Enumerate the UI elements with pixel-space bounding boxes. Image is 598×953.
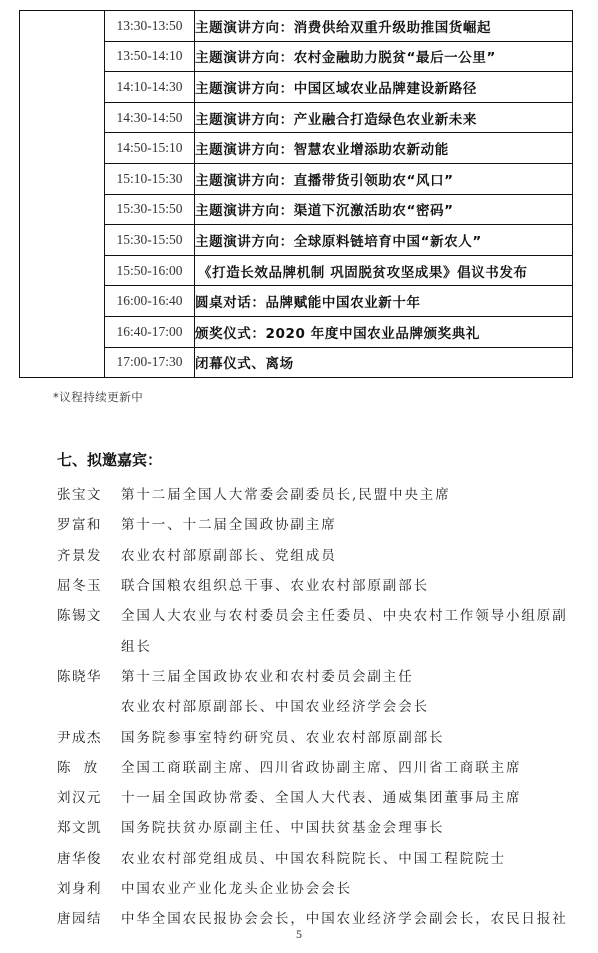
guest-item: 刘身利 中国农业产业化龙头企业协会会长 (57, 872, 577, 902)
guest-item: 唐华俊 农业农村部党组成员、中国农科院院长、中国工程院院士 (57, 842, 577, 872)
agenda-time: 14:10-14:30 (105, 72, 195, 103)
guest-title: 农业农村部党组成员、中国农科院院长、中国工程院院士 (121, 847, 506, 867)
guest-name: 刘身利 (57, 877, 121, 897)
guest-title: 联合国粮农组织总干事、农业农村部原副部长 (121, 574, 429, 594)
agenda-update-note: *议程持续更新中 (53, 389, 143, 405)
agenda-session-cell (20, 11, 105, 378)
agenda-topic: 主题演讲方向：全球原料链培育中国“新农人” (195, 225, 573, 256)
agenda-time: 15:50-16:00 (105, 255, 195, 286)
page-number: 5 (0, 927, 598, 942)
guest-list: 张宝文 第十二届全国人大常委会副委员长,民盟中央主席 罗富和 第十一、十二届全国… (57, 478, 577, 932)
guest-title: 第十二届全国人大常委会副委员长,民盟中央主席 (121, 483, 451, 503)
agenda-table: 13:30-13:50 主题演讲方向：消费供给双重升级助推国货崛起 13:50-… (19, 10, 573, 378)
guest-title-continuation: 农业农村部原副部长、中国农业经济学会会长 (121, 695, 429, 715)
agenda-topic: 闭幕仪式、离场 (195, 347, 573, 378)
guest-name: 罗富和 (57, 513, 121, 533)
agenda-time: 13:30-13:50 (105, 11, 195, 42)
guest-item: 陈晓华 第十三届全国政协农业和农村委员会副主任 农业农村部原副部长、中国农业经济… (57, 660, 577, 721)
guest-name: 郑文凯 (57, 816, 121, 836)
guest-name: 陈锡文 (57, 604, 121, 624)
agenda-time: 14:30-14:50 (105, 102, 195, 133)
agenda-time: 14:50-15:10 (105, 133, 195, 164)
guest-name: 尹成杰 (57, 726, 121, 746)
guest-title: 第十一、十二届全国政协副主席 (121, 513, 337, 533)
agenda-topic: 主题演讲方向：农村金融助力脱贫“最后一公里” (195, 41, 573, 72)
agenda-topic: 圆桌对话：品牌赋能中国农业新十年 (195, 286, 573, 317)
agenda-topic: 主题演讲方向：产业融合打造绿色农业新未来 (195, 102, 573, 133)
agenda-time: 15:30-15:50 (105, 194, 195, 225)
guest-title: 全国工商联副主席、四川省政协副主席、四川省工商联主席 (121, 756, 521, 776)
document-page: 13:30-13:50 主题演讲方向：消费供给双重升级助推国货崛起 13:50-… (0, 0, 598, 953)
guest-title: 中华全国农民报协会会长，中国农业经济学会副会长，农民日报社 (121, 907, 568, 927)
guest-name: 陈晓华 (57, 665, 121, 685)
agenda-topic: 主题演讲方向：中国区域农业品牌建设新路径 (195, 72, 573, 103)
agenda-topic: 颁奖仪式：2020 年度中国农业品牌颁奖典礼 (195, 316, 573, 347)
agenda-time: 16:00-16:40 (105, 286, 195, 317)
guest-name: 唐园结 (57, 907, 121, 927)
agenda-topic: 主题演讲方向：消费供给双重升级助推国货崛起 (195, 11, 573, 42)
agenda-topic: 主题演讲方向：渠道下沉激活助农“密码” (195, 194, 573, 225)
agenda-topic: 主题演讲方向：智慧农业增添助农新动能 (195, 133, 573, 164)
guest-item: 陈 放 全国工商联副主席、四川省政协副主席、四川省工商联主席 (57, 751, 577, 781)
agenda-time: 17:00-17:30 (105, 347, 195, 378)
agenda-time: 13:50-14:10 (105, 41, 195, 72)
section-heading-guests: 七、拟邀嘉宾： (57, 449, 162, 470)
guest-name: 屈冬玉 (57, 574, 121, 594)
agenda-row: 13:30-13:50 主题演讲方向：消费供给双重升级助推国货崛起 (20, 11, 573, 42)
agenda-time: 15:30-15:50 (105, 225, 195, 256)
guest-name: 唐华俊 (57, 847, 121, 867)
guest-item: 郑文凯 国务院扶贫办原副主任、中国扶贫基金会理事长 (57, 811, 577, 841)
guest-title: 农业农村部原副部长、党组成员 (121, 544, 337, 564)
agenda-topic: 主题演讲方向：直播带货引领助农“风口” (195, 163, 573, 194)
guest-name: 刘汉元 (57, 786, 121, 806)
agenda-time: 16:40-17:00 (105, 316, 195, 347)
guest-item: 尹成杰 国务院参事室特约研究员、农业农村部原副部长 (57, 720, 577, 750)
agenda-time: 15:10-15:30 (105, 163, 195, 194)
guest-title: 国务院扶贫办原副主任、中国扶贫基金会理事长 (121, 816, 444, 836)
guest-title: 十一届全国政协常委、全国人大代表、通威集团董事局主席 (121, 786, 521, 806)
guest-item: 屈冬玉 联合国粮农组织总干事、农业农村部原副部长 (57, 569, 577, 599)
guest-title-continuation: 组长 (121, 635, 152, 655)
guest-title: 国务院参事室特约研究员、农业农村部原副部长 (121, 726, 444, 746)
guest-name: 齐景发 (57, 544, 121, 564)
guest-name: 张宝文 (57, 483, 121, 503)
guest-title: 第十三届全国政协农业和农村委员会副主任 (121, 665, 414, 685)
guest-item: 张宝文 第十二届全国人大常委会副委员长,民盟中央主席 (57, 478, 577, 508)
guest-name: 陈 放 (57, 756, 121, 776)
guest-title: 中国农业产业化龙头企业协会会长 (121, 877, 352, 897)
agenda-topic: 《打造长效品牌机制 巩固脱贫攻坚成果》倡议书发布 (195, 255, 573, 286)
guest-title: 全国人大农业与农村委员会主任委员、中央农村工作领导小组原副 (121, 604, 568, 624)
guest-item: 罗富和 第十一、十二届全国政协副主席 (57, 508, 577, 538)
guest-item: 刘汉元 十一届全国政协常委、全国人大代表、通威集团董事局主席 (57, 781, 577, 811)
guest-item: 陈锡文 全国人大农业与农村委员会主任委员、中央农村工作领导小组原副 组长 (57, 599, 577, 660)
guest-item: 齐景发 农业农村部原副部长、党组成员 (57, 539, 577, 569)
